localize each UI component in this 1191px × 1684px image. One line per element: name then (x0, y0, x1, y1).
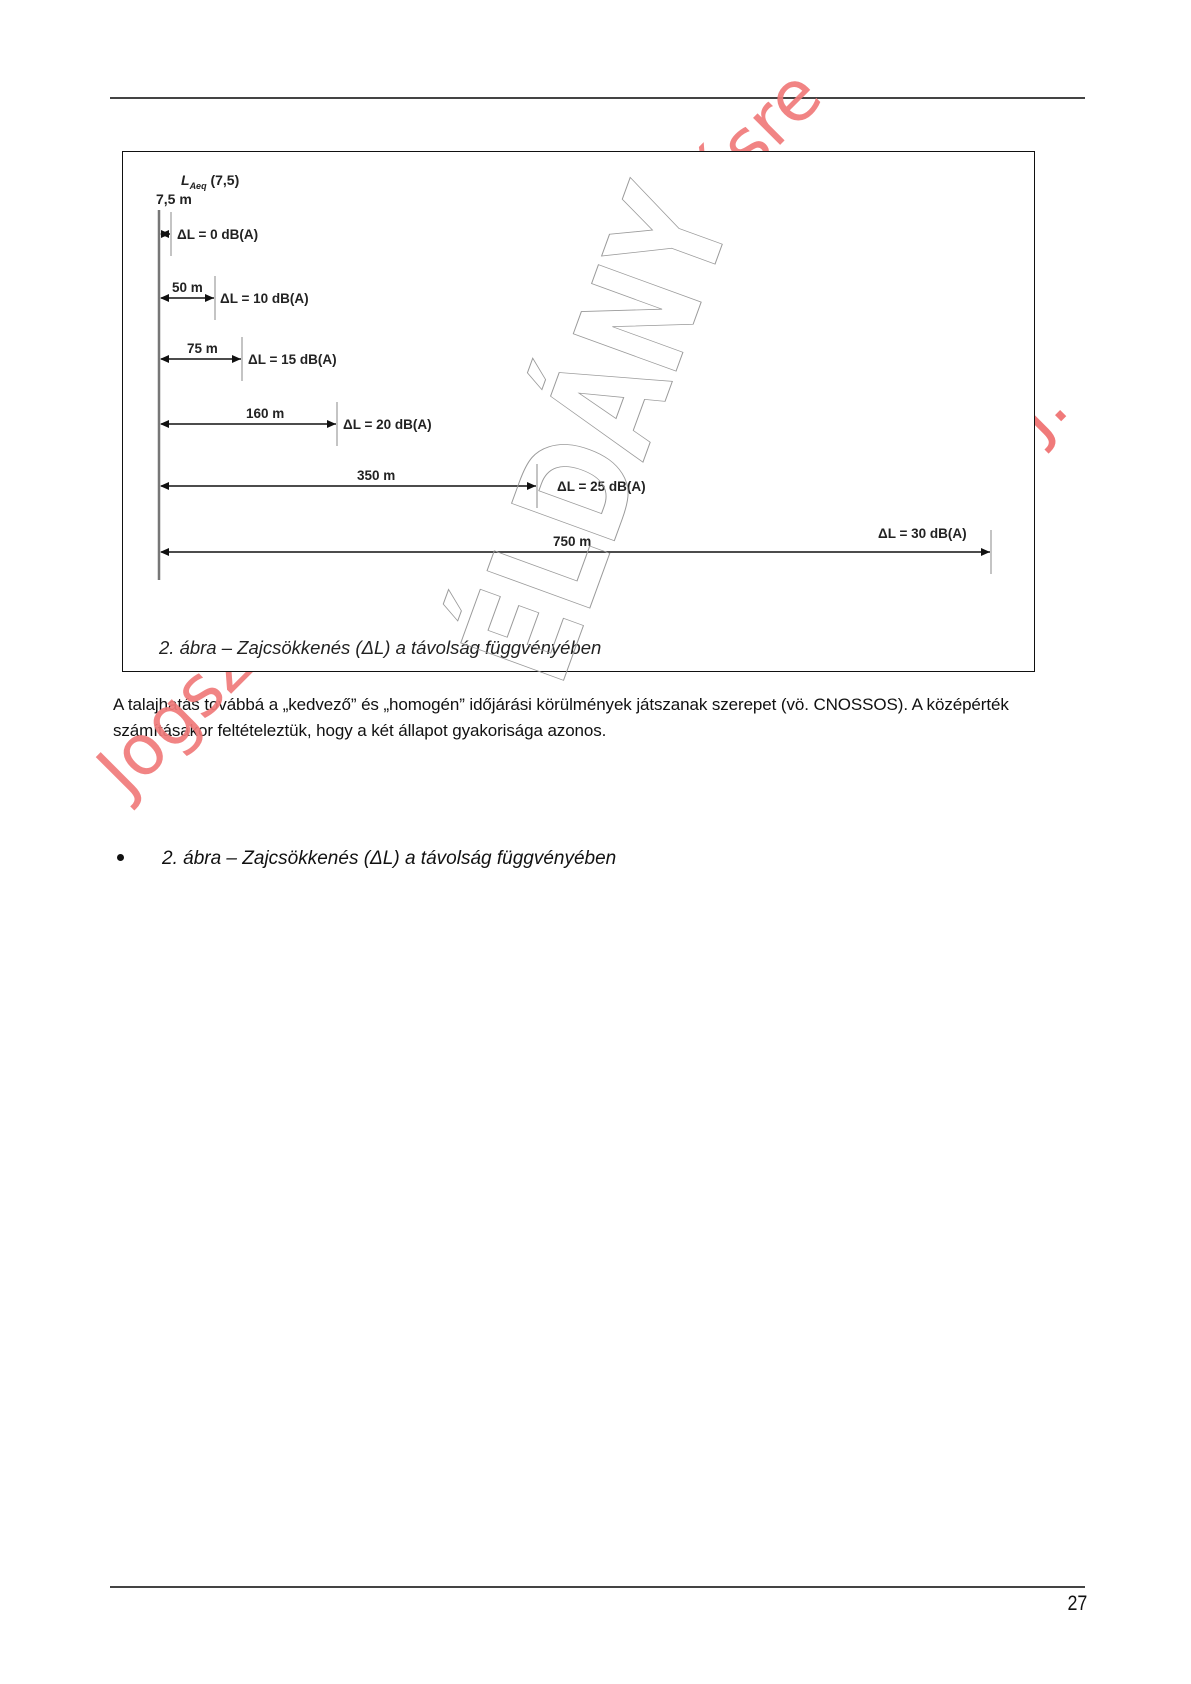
body-paragraph: A talajhatás továbbá a „kedvező” és „hom… (113, 692, 1088, 744)
svg-text:ΔL = 0 dB(A): ΔL = 0 dB(A) (177, 227, 258, 242)
header-rule (110, 97, 1085, 99)
figure-noise-reduction: LAeq (7,5)7,5 mΔL = 0 dB(A)50 mΔL = 10 d… (122, 151, 1035, 672)
svg-text:ΔL = 10 dB(A): ΔL = 10 dB(A) (220, 291, 309, 306)
bullet-text: 2. ábra – Zajcsökkenés (ΔL) a távolság f… (162, 848, 616, 869)
svg-text:750 m: 750 m (553, 534, 591, 549)
bullet-icon (117, 854, 124, 861)
svg-text:ΔL = 25 dB(A): ΔL = 25 dB(A) (557, 479, 646, 494)
svg-text:160 m: 160 m (246, 406, 284, 421)
svg-text:ΔL = 15 dB(A): ΔL = 15 dB(A) (248, 352, 337, 367)
svg-text:75 m: 75 m (187, 341, 218, 356)
svg-text:350 m: 350 m (357, 468, 395, 483)
svg-text:7,5 m: 7,5 m (156, 191, 192, 207)
figure-caption: 2. ábra – Zajcsökkenés (ΔL) a távolság f… (159, 637, 601, 659)
svg-text:LAeq (7,5): LAeq (7,5) (181, 172, 239, 191)
page-number: 27 (1067, 1592, 1087, 1616)
bullet-list-item: 2. ábra – Zajcsökkenés (ΔL) a távolság f… (113, 848, 616, 870)
footer-rule (110, 1586, 1085, 1588)
distance-diagram: LAeq (7,5)7,5 mΔL = 0 dB(A)50 mΔL = 10 d… (123, 152, 1034, 671)
svg-text:ΔL = 30 dB(A): ΔL = 30 dB(A) (878, 526, 967, 541)
svg-text:ΔL = 20 dB(A): ΔL = 20 dB(A) (343, 417, 432, 432)
svg-text:50 m: 50 m (172, 280, 203, 295)
